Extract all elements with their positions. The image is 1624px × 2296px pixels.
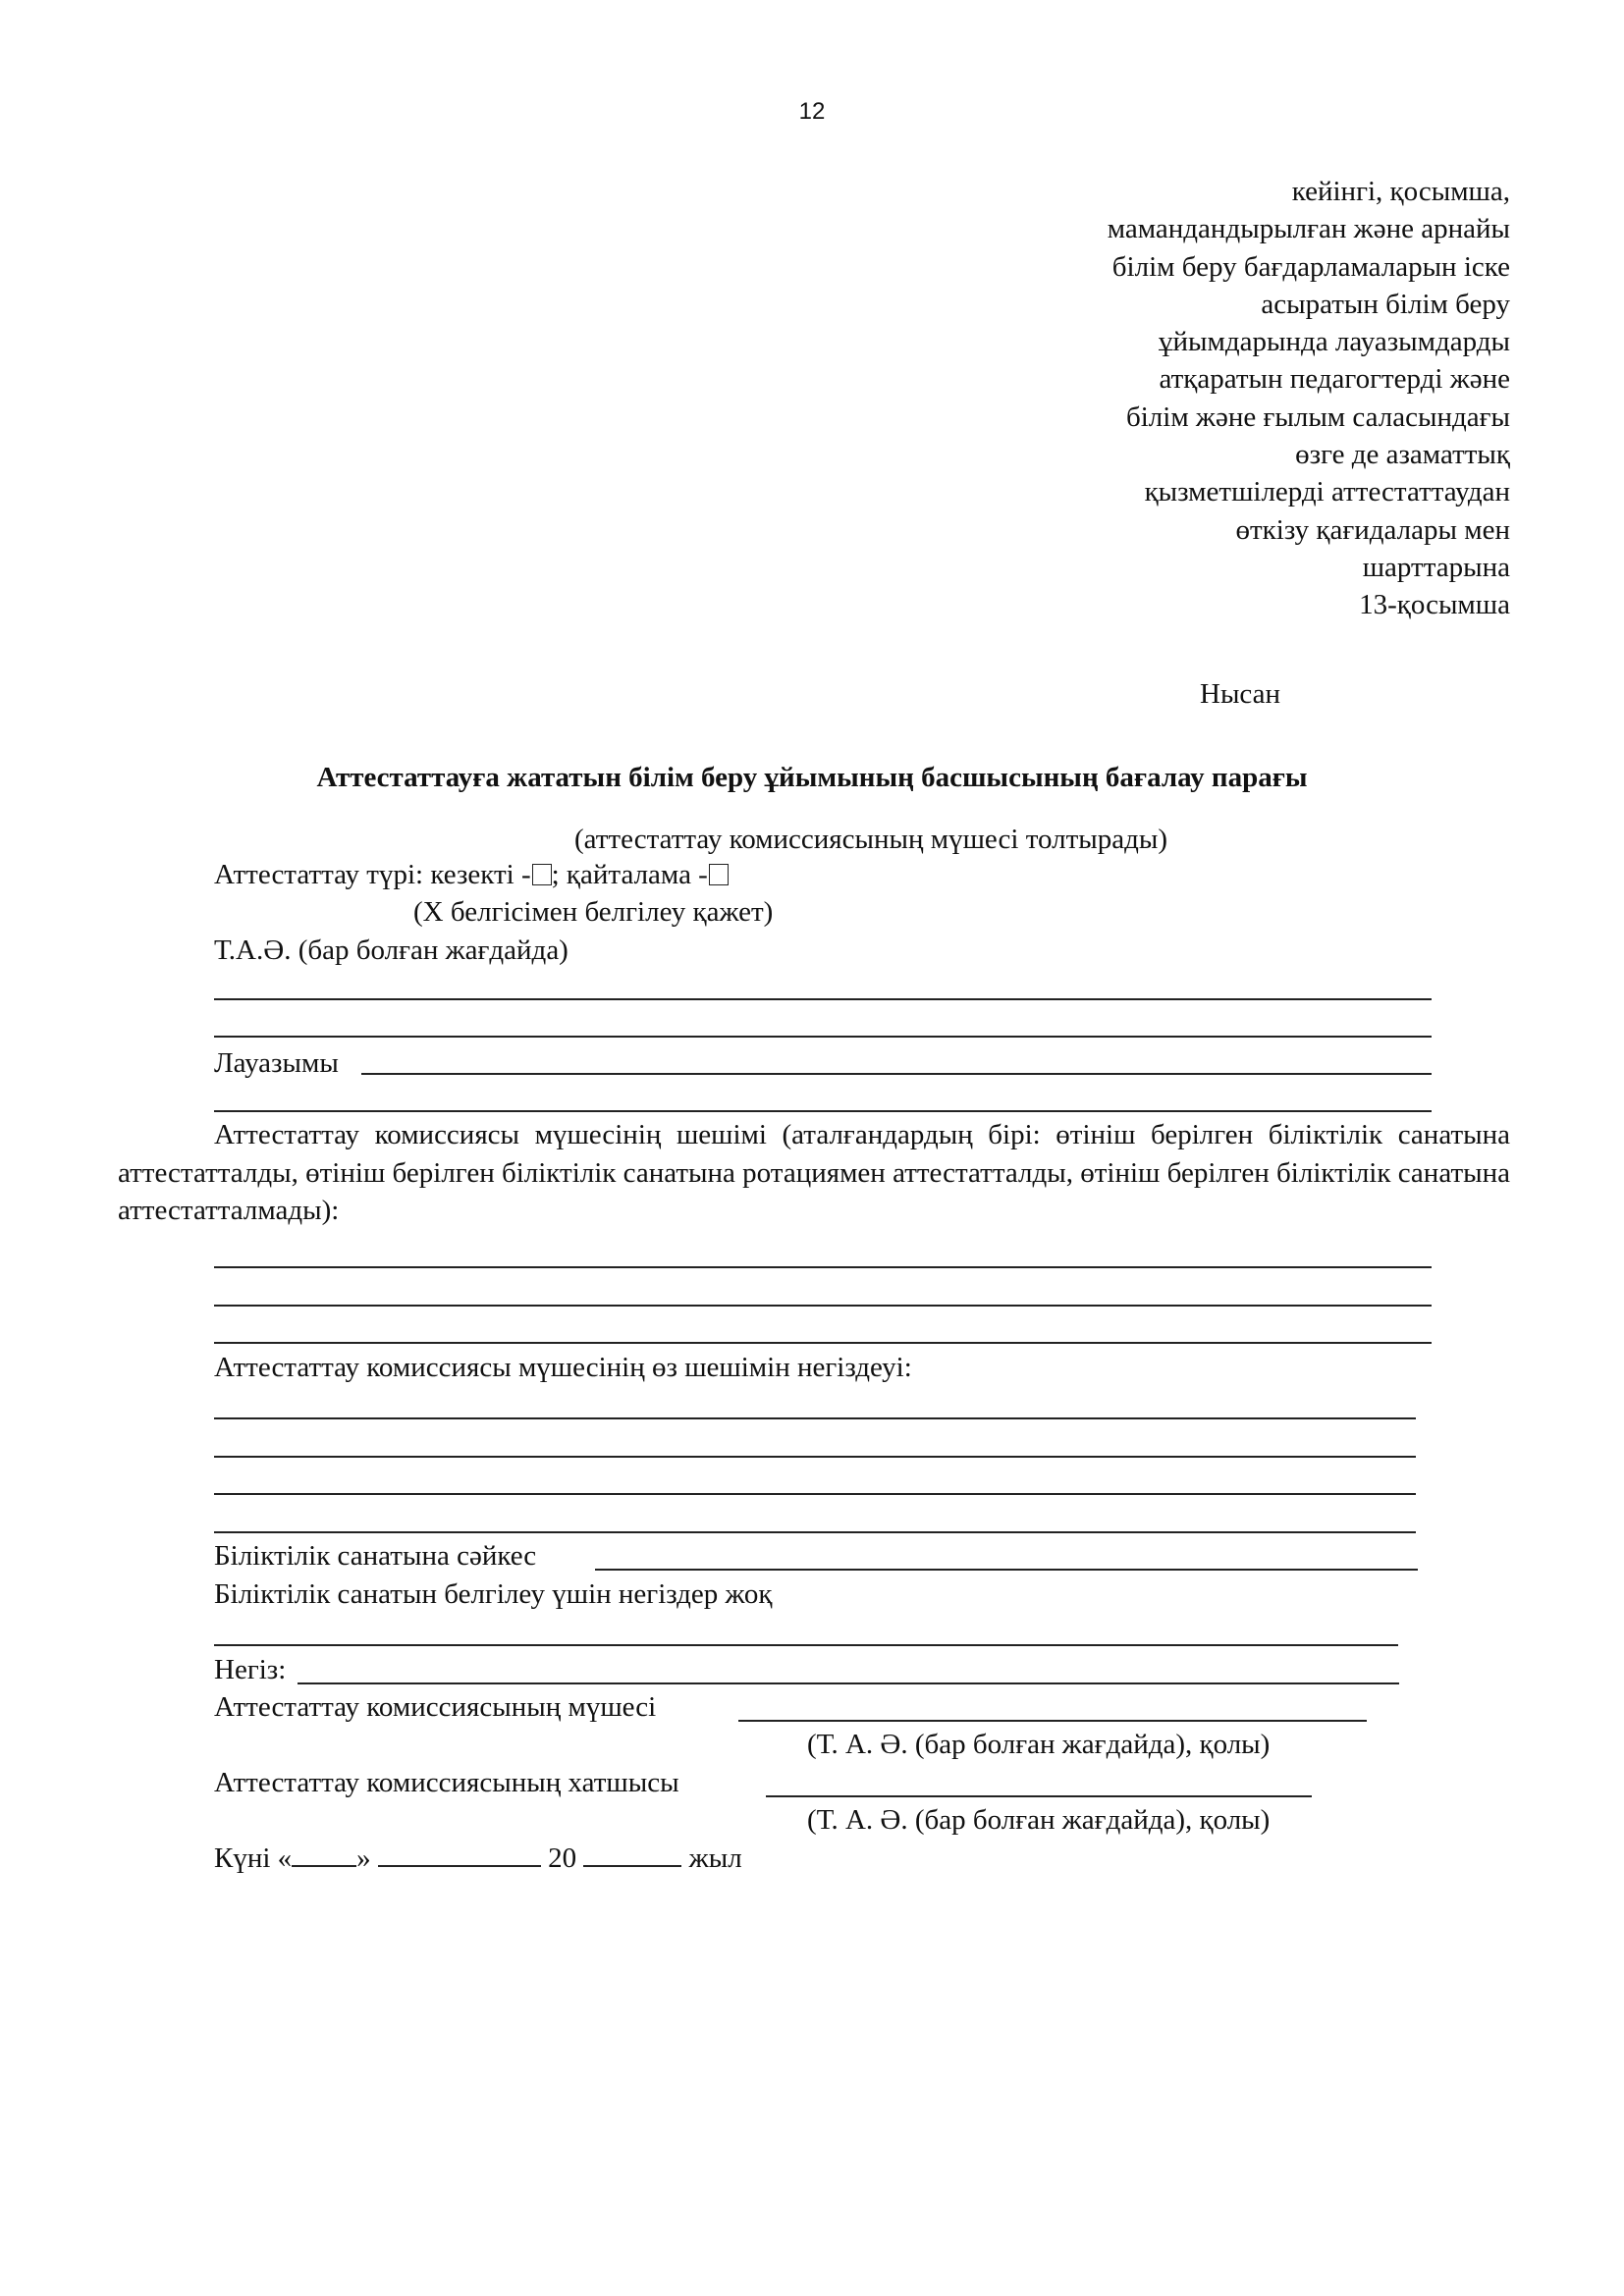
appendix-line: атқаратын педагогтерді және (1108, 360, 1510, 398)
fio-line-1[interactable] (214, 998, 1432, 1000)
checkbox-hint: (Х белгісімен белгілеу қажет) (413, 893, 773, 931)
appendix-number: 13-қосымша (1108, 586, 1510, 623)
decision-line-2[interactable] (214, 1305, 1432, 1307)
page-number: 12 (0, 98, 1624, 126)
justification-line-4[interactable] (214, 1531, 1416, 1533)
position-line-2[interactable] (214, 1110, 1432, 1112)
no-grounds-label: Біліктілік санатын белгілеу үшін негізде… (214, 1575, 772, 1613)
appendix-line: қызметшілерді аттестаттаудан (1108, 473, 1510, 510)
repeat-checkbox[interactable] (709, 864, 729, 885)
position-line[interactable] (361, 1073, 1432, 1075)
justification-line-3[interactable] (214, 1493, 1416, 1495)
appendix-line: білім беру бағдарламаларын іске (1108, 248, 1510, 286)
attestation-type-separator: ; қайталама - (552, 859, 708, 890)
decision-paragraph: Аттестаттау комиссиясы мүшесінің шешімі … (118, 1116, 1510, 1230)
year-field[interactable] (583, 1842, 681, 1867)
day-field[interactable] (292, 1842, 356, 1867)
regular-checkbox[interactable] (532, 864, 552, 885)
date-century: 20 (548, 1842, 576, 1874)
basis-line[interactable] (298, 1682, 1399, 1684)
month-field[interactable] (378, 1842, 541, 1867)
document-subtitle: (аттестаттау комиссиясының мүшесі толтыр… (0, 821, 1624, 858)
appendix-line: өзге де азаматтық (1108, 436, 1510, 473)
attestation-type-row: Аттестаттау түрі: кезекті -; қайталама - (214, 856, 729, 893)
appendix-header: кейінгі, қосымша, мамандандырылған және … (1108, 173, 1510, 624)
basis-label: Негіз: (214, 1651, 286, 1688)
decision-line-3[interactable] (214, 1342, 1432, 1344)
fio-label: Т.А.Ә. (бар болған жағдайда) (214, 932, 568, 969)
appendix-line: ұйымдарында лауазымдарды (1108, 323, 1510, 360)
appendix-line: кейінгі, қосымша, (1108, 173, 1510, 210)
fio-line-2[interactable] (214, 1036, 1432, 1038)
category-match-label: Біліктілік санатына сәйкес (214, 1537, 536, 1575)
decision-line-1[interactable] (214, 1266, 1432, 1268)
category-match-line[interactable] (595, 1569, 1418, 1571)
member-sign-line[interactable] (738, 1720, 1367, 1722)
appendix-line: мамандандырылған және арнайы (1108, 210, 1510, 247)
appendix-line: білім және ғылым саласындағы (1108, 399, 1510, 436)
position-label: Лауазымы (214, 1044, 339, 1082)
member-label: Аттестаттау комиссиясының мүшесі (214, 1688, 656, 1726)
date-row: Күні «» 20 жыл (214, 1840, 742, 1877)
appendix-line: шарттарына (1108, 549, 1510, 586)
date-close-quote: » (356, 1842, 371, 1874)
form-label: Нысан (1200, 675, 1280, 713)
date-year-word: жыл (689, 1842, 742, 1874)
secretary-sign-hint: (Т. А. Ә. (бар болған жағдайда), қолы) (807, 1801, 1270, 1839)
justification-line-2[interactable] (214, 1456, 1416, 1458)
secretary-sign-line[interactable] (766, 1795, 1312, 1797)
justification-line-1[interactable] (214, 1417, 1416, 1419)
member-sign-hint: (Т. А. Ә. (бар болған жағдайда), қолы) (807, 1726, 1270, 1763)
attestation-type-label: Аттестаттау түрі: кезекті - (214, 859, 531, 890)
appendix-line: өткізу қағидалары мен (1108, 511, 1510, 549)
no-grounds-line[interactable] (214, 1644, 1398, 1646)
document-title: Аттестаттауға жататын білім беру ұйымыны… (0, 762, 1624, 794)
date-label: Күні « (214, 1842, 292, 1874)
appendix-line: асыратын білім беру (1108, 286, 1510, 323)
secretary-label: Аттестаттау комиссиясының хатшысы (214, 1764, 679, 1801)
justification-label: Аттестаттау комиссиясы мүшесінің өз шеші… (214, 1349, 912, 1386)
